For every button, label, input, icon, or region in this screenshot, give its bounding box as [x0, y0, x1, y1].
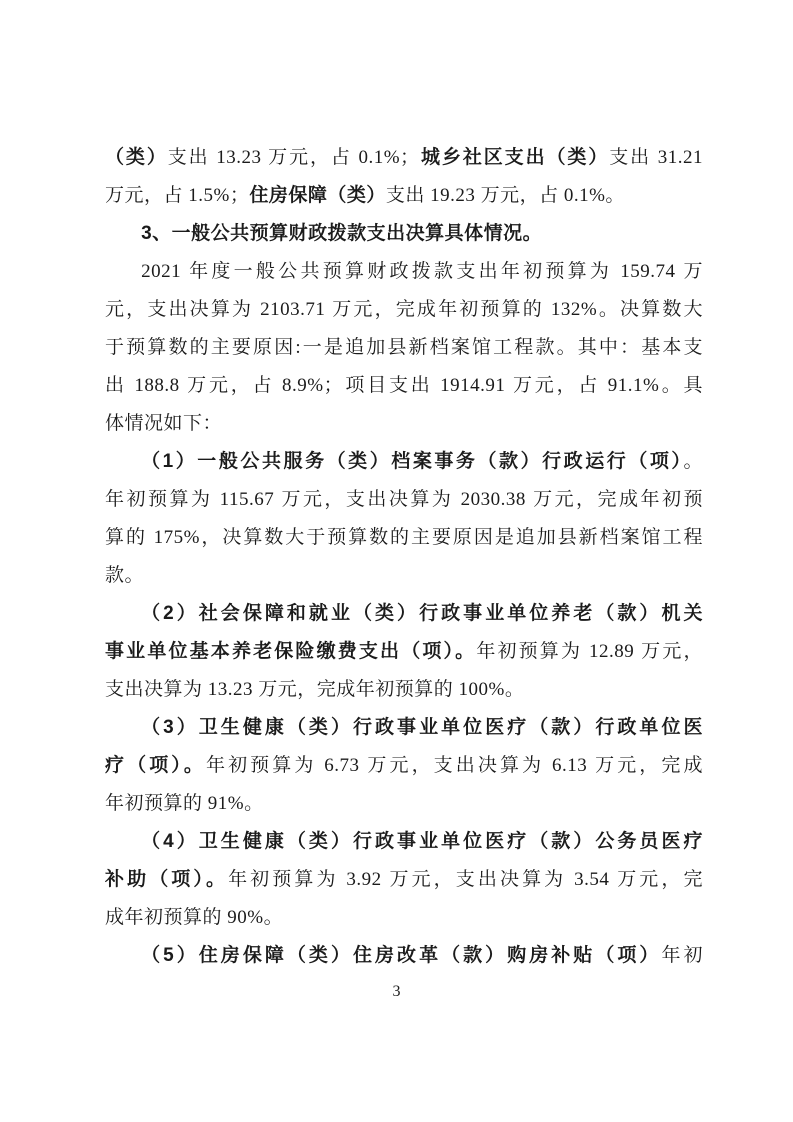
text-line: 年初预算为 115.67 万元，支出决算为 2030.38 万元，完成年初预: [105, 481, 703, 519]
text-line: （2）社会保障和就业（类）行政事业单位养老（款）机关: [105, 595, 703, 633]
text-line: 成年初预算的 90%。: [105, 899, 703, 937]
text-line: （5）住房保障（类）住房改革（款）购房补贴（项）年初: [105, 937, 703, 975]
document-page: （类）支出 13.23 万元，占 0.1%；城乡社区支出（类）支出 31.21万…: [0, 0, 793, 1122]
text-line: 疗（项）。年初预算为 6.73 万元，支出决算为 6.13 万元，完成: [105, 747, 703, 785]
text-line: 元，支出决算为 2103.71 万元，完成年初预算的 132%。决算数大: [105, 291, 703, 329]
bold-text-run: 城乡社区支出（类）: [420, 147, 610, 168]
bold-text-run: 事业单位基本养老保险缴费支出（项）。: [105, 641, 476, 662]
bold-text-run: （2）社会保障和就业（类）行政事业单位养老（款）机关: [141, 603, 703, 624]
text-run: 体情况如下：: [105, 413, 222, 434]
text-run: 年初预算为 6.73 万元，支出决算为 6.13 万元，完成: [206, 755, 703, 776]
bold-text-run: （4）卫生健康（类）行政事业单位医疗（款）公务员医疗: [141, 831, 703, 852]
text-line: （1）一般公共服务（类）档案事务（款）行政运行（项）。: [105, 443, 703, 481]
bold-text-run: （类）: [105, 147, 168, 168]
text-line: 算的 175%，决算数大于预算数的主要原因是追加县新档案馆工程: [105, 519, 703, 557]
bold-text-run: 补助（项）。: [105, 869, 228, 890]
bold-text-run: 住房保障（类）: [249, 185, 386, 206]
text-line: 补助（项）。年初预算为 3.92 万元，支出决算为 3.54 万元，完: [105, 861, 703, 899]
text-run: 出 188.8 万元，占 8.9%；项目支出 1914.91 万元，占 91.1…: [105, 375, 703, 396]
text-run: 款。: [105, 565, 144, 586]
text-line: （3）卫生健康（类）行政事业单位医疗（款）行政单位医: [105, 709, 703, 747]
text-line: 支出决算为 13.23 万元，完成年初预算的 100%。: [105, 671, 703, 709]
text-line: （4）卫生健康（类）行政事业单位医疗（款）公务员医疗: [105, 823, 703, 861]
text-run: 成年初预算的 90%。: [105, 907, 283, 928]
text-line: 于预算数的主要原因:一是追加县新档案馆工程款。其中：基本支: [105, 329, 703, 367]
text-run: 年初预算的 91%。: [105, 793, 264, 814]
document-body: （类）支出 13.23 万元，占 0.1%；城乡社区支出（类）支出 31.21万…: [105, 139, 703, 975]
text-line: 款。: [105, 557, 703, 595]
text-run: 2021 年度一般公共预算财政拨款支出年初预算为 159.74 万: [141, 261, 703, 282]
text-run: 于预算数的主要原因:一是追加县新档案馆工程款。其中：基本支: [105, 337, 703, 358]
bold-text-run: （5）住房保障（类）住房改革（款）购房补贴（项）: [141, 945, 661, 966]
bold-text-run: （1）一般公共服务（类）档案事务（款）行政运行（项）: [141, 451, 683, 472]
text-run: 年初预算为 115.67 万元，支出决算为 2030.38 万元，完成年初预: [105, 489, 703, 510]
text-run: 支出 19.23 万元，占 0.1%。: [386, 185, 625, 206]
text-run: 算的 175%，决算数大于预算数的主要原因是追加县新档案馆工程: [105, 527, 703, 548]
text-line: 体情况如下：: [105, 405, 703, 443]
text-line: （类）支出 13.23 万元，占 0.1%；城乡社区支出（类）支出 31.21: [105, 139, 703, 177]
text-line: 年初预算的 91%。: [105, 785, 703, 823]
text-line: 事业单位基本养老保险缴费支出（项）。年初预算为 12.89 万元，: [105, 633, 703, 671]
text-line: 万元，占 1.5%；住房保障（类）支出 19.23 万元，占 0.1%。: [105, 177, 703, 215]
text-run: 。: [683, 451, 703, 472]
text-run: 支出 31.21: [609, 147, 703, 168]
text-run: 万元，占 1.5%；: [105, 185, 249, 206]
text-line: 出 188.8 万元，占 8.9%；项目支出 1914.91 万元，占 91.1…: [105, 367, 703, 405]
bold-text-run: 3、一般公共预算财政拨款支出决算具体情况。: [141, 223, 542, 244]
text-run: 元，支出决算为 2103.71 万元，完成年初预算的 132%。决算数大: [105, 299, 703, 320]
text-run: 年初预算为 12.89 万元，: [476, 641, 703, 662]
text-line: 3、一般公共预算财政拨款支出决算具体情况。: [105, 215, 703, 253]
bold-text-run: 疗（项）。: [105, 755, 206, 776]
text-line: 2021 年度一般公共预算财政拨款支出年初预算为 159.74 万: [105, 253, 703, 291]
bold-text-run: （3）卫生健康（类）行政事业单位医疗（款）行政单位医: [141, 717, 703, 738]
text-run: 支出决算为 13.23 万元，完成年初预算的 100%。: [105, 679, 524, 700]
text-run: 年初预算为 3.92 万元，支出决算为 3.54 万元，完: [228, 869, 703, 890]
text-run: 年初: [661, 945, 703, 966]
text-run: 支出 13.23 万元，占 0.1%；: [168, 147, 420, 168]
page-number: 3: [0, 981, 793, 1003]
